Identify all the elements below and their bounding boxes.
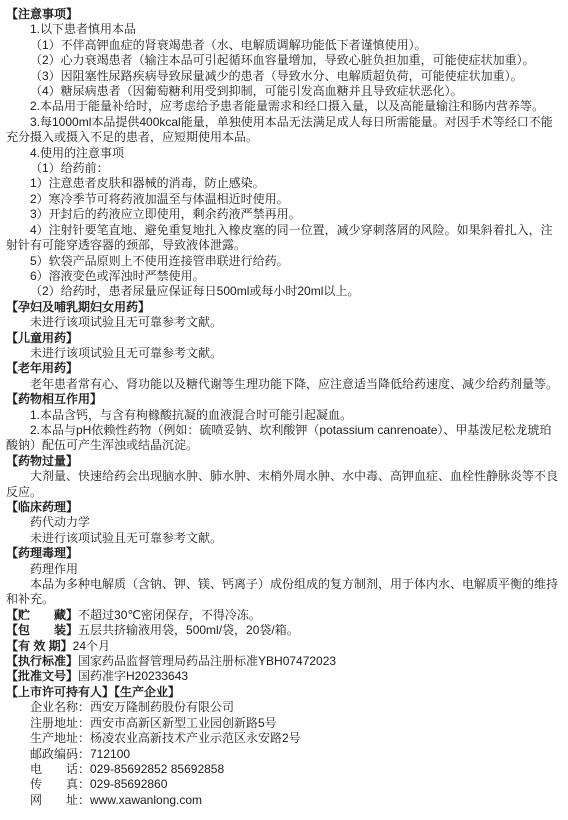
- field-label: 【批准文号】: [6, 669, 78, 683]
- section-heading: 【注意事项】: [6, 7, 562, 22]
- paragraph: 4.使用的注意事项: [6, 146, 562, 161]
- paragraph: 3）开封后的药液应立即使用，剩余药液严禁再用。: [6, 207, 562, 222]
- section-heading: 【临床药理】: [6, 500, 562, 515]
- field-line: 【批准文号】国药准字H20233643: [6, 669, 562, 684]
- paragraph: （2）心力衰竭患者（输注本品可引起循环血容量增加，导致心脏负担加重，可能使症状加…: [6, 53, 562, 68]
- paragraph: 1.以下患者慎用本品: [6, 22, 562, 37]
- paragraph: 1）注意患者皮肤和器械的消毒，防止感染。: [6, 176, 562, 191]
- paragraph: （2）给药时，患者尿量应保证每日500ml或每小时20ml以上。: [6, 284, 562, 299]
- paragraph: 老年患者常有心、肾功能以及糖代谢等生理功能下降，应注意适当降低给药速度、减少给药…: [6, 377, 562, 392]
- paragraph: 2.本品与pH依赖性药物（例如：硫喷妥钠、坎利酸钾（potassium canr…: [6, 423, 562, 454]
- paragraph: （3）因阻塞性尿路疾病导致尿量减少的患者（导致水分、电解质超负荷，可能使症状加重…: [6, 69, 562, 84]
- field-label: 【包 装】: [6, 623, 78, 637]
- field-value: 国药准字H20233643: [78, 669, 188, 683]
- paragraph: （1）不伴高钾血症的肾衰竭患者（水、电解质调解功能低下者谨慎使用）。: [6, 38, 562, 53]
- paragraph: 网 址：www.xawanlong.com: [6, 793, 562, 808]
- field-line: 【有 效 期】24个月: [6, 639, 562, 654]
- field-value: 不超过30℃密闭保存，不得冷冻。: [78, 608, 261, 622]
- section-heading: 【老年用药】: [6, 361, 562, 376]
- paragraph: 未进行该项试验且无可靠参考文献。: [6, 315, 562, 330]
- section-heading: 【药理毒理】: [6, 546, 562, 561]
- field-label: 【贮 藏】: [6, 608, 78, 622]
- paragraph: 3.每1000ml本品提供400kcal能量，单独使用本品无法满足成人每日所需能…: [6, 115, 562, 146]
- drug-leaflet-document: 【注意事项】1.以下患者慎用本品（1）不伴高钾血症的肾衰竭患者（水、电解质调解功…: [0, 0, 568, 814]
- paragraph: 企业名称：西安万隆制药股份有限公司: [6, 700, 562, 715]
- paragraph: 电 话：029-85692852 85692858: [6, 762, 562, 777]
- paragraph: （4）糖尿病患者（因葡萄糖利用受到抑制，可能引发高血糖并且导致症状恶化）。: [6, 84, 562, 99]
- paragraph: （1）给药前：: [6, 161, 562, 176]
- paragraph: 2）寒冷季节可将药液加温至与体温相近时使用。: [6, 192, 562, 207]
- paragraph: 药代动力学: [6, 515, 562, 530]
- field-line: 【包 装】五层共挤输液用袋，500ml/袋，20袋/箱。: [6, 623, 562, 638]
- paragraph: 4）注射针要笔直地、避免重复地扎入橡皮塞的同一位置，减少穿刺落屑的风险。如果斜着…: [6, 223, 562, 254]
- field-line: 【执行标准】国家药品监督管理局药品注册标准YBH07472023: [6, 654, 562, 669]
- section-heading: 【孕妇及哺乳期妇女用药】: [6, 300, 562, 315]
- paragraph: 传 真：029-85692860: [6, 777, 562, 792]
- section-heading: 【儿童用药】: [6, 331, 562, 346]
- section-heading: 【药物过量】: [6, 454, 562, 469]
- paragraph: 注册地址：西安市高新区新型工业园创新路5号: [6, 716, 562, 731]
- paragraph: 本品为多种电解质（含钠、钾、镁、钙离子）成份组成的复方制剂，用于体内水、电解质平…: [6, 577, 562, 608]
- paragraph: 大剂量、快速给药会出现脑水肿、肺水肿、末梢外周水肿、水中毒、高钾血症、血栓性静脉…: [6, 469, 562, 500]
- paragraph: 6）溶液变色或浑浊时严禁使用。: [6, 269, 562, 284]
- section-heading: 【药物相互作用】: [6, 392, 562, 407]
- paragraph: 生产地址：杨凌农业高新技术产业示范区永安路2号: [6, 731, 562, 746]
- field-value: 国家药品监督管理局药品注册标准YBH07472023: [78, 654, 336, 668]
- field-value: 24个月: [73, 639, 110, 653]
- paragraph: 药理作用: [6, 562, 562, 577]
- paragraph: 5）软袋产品原则上不使用连接管串联进行给药。: [6, 254, 562, 269]
- paragraph: 未进行该项试验且无可靠参考文献。: [6, 531, 562, 546]
- paragraph: 邮政编码：712100: [6, 747, 562, 762]
- field-label: 【执行标准】: [6, 654, 78, 668]
- section-heading: 【上市许可持有人】【生产企业】: [6, 685, 562, 700]
- paragraph: 未进行该项试验且无可靠参考文献。: [6, 346, 562, 361]
- field-label: 【有 效 期】: [6, 639, 73, 653]
- field-line: 【贮 藏】不超过30℃密闭保存，不得冷冻。: [6, 608, 562, 623]
- paragraph: 2.本品用于能量补给时，应考虑给予患者能量需求和经口摄入量，以及高能量输注和肠内…: [6, 99, 562, 114]
- field-value: 五层共挤输液用袋，500ml/袋，20袋/箱。: [78, 623, 299, 637]
- paragraph: 1.本品含钙，与含有枸橼酸抗凝的血液混合时可能引起凝血。: [6, 408, 562, 423]
